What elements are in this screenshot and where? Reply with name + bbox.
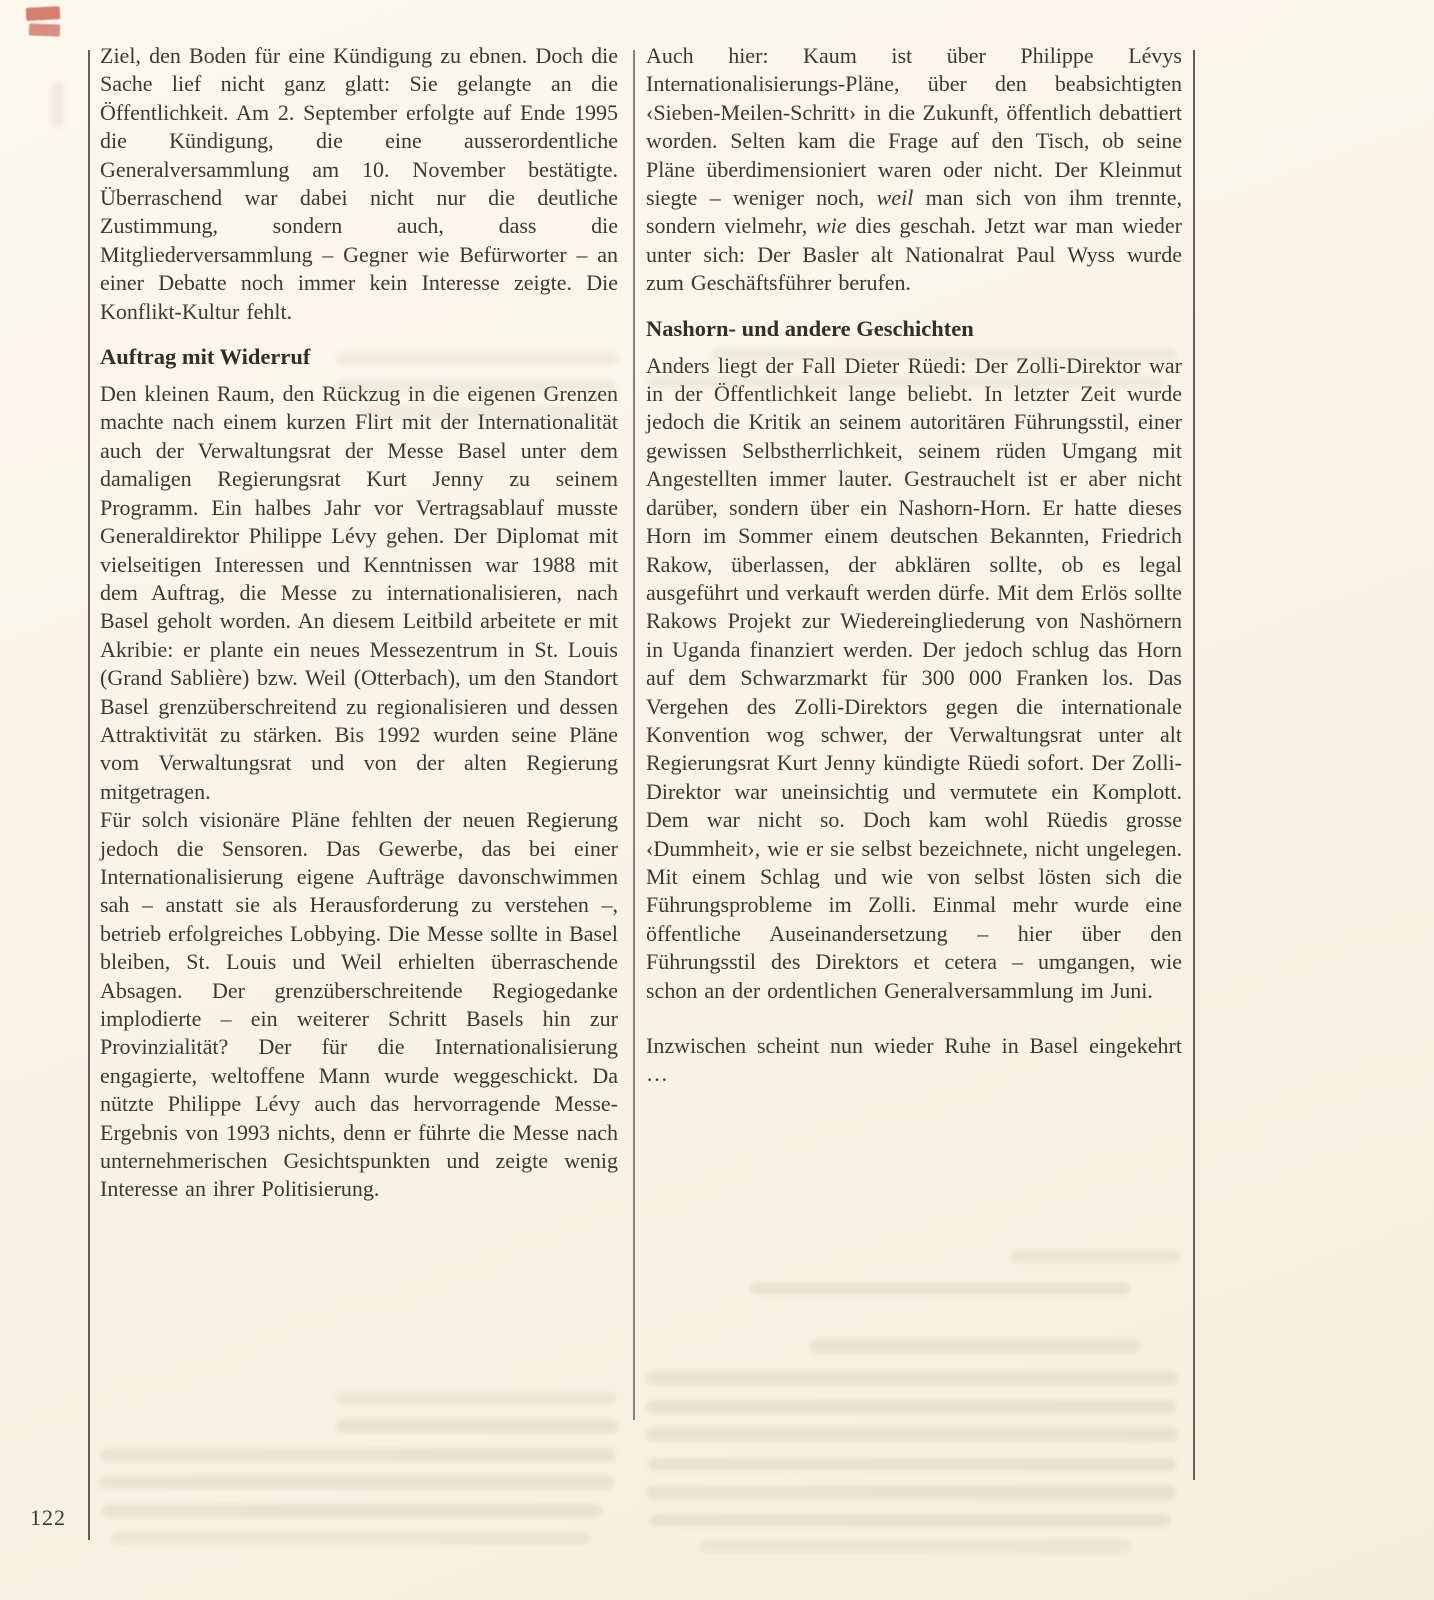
bleed-through-line: [100, 1476, 614, 1489]
bleed-through-line: [336, 1392, 616, 1405]
bleed-through-line: [700, 1540, 1130, 1553]
paragraph: Den kleinen Raum, den Rückzug in die eig…: [100, 380, 618, 806]
bleed-through-line: [646, 1428, 1178, 1441]
page-number: 122: [30, 1505, 66, 1531]
column-divider-rule: [633, 50, 635, 1420]
bleed-through-line: [336, 352, 618, 365]
paragraph: Inzwischen scheint nun wieder Ruhe in Ba…: [646, 1032, 1182, 1089]
text-run-italic: weil: [877, 185, 914, 210]
text-run-italic: wie: [816, 213, 847, 238]
paragraph: Für solch visionäre Pläne fehlten der ne…: [100, 806, 618, 1204]
bleed-through-line: [646, 1486, 1176, 1499]
red-scan-mark: [26, 6, 61, 21]
paragraph: Auch hier: Kaum ist über Philippe Lévys …: [646, 42, 1182, 298]
bleed-through-line: [712, 348, 1178, 361]
section-heading: Nashorn- und andere Geschichten: [646, 315, 1182, 343]
red-scan-mark: [29, 23, 60, 36]
bleed-through-line: [810, 1340, 1140, 1353]
bleed-through-line: [646, 376, 1166, 389]
bleed-through-line: [102, 1504, 602, 1517]
bleed-through-line: [646, 1372, 1178, 1385]
bleed-through-line: [336, 380, 616, 393]
bleed-through-line: [1010, 1250, 1180, 1263]
bleed-through-line: [650, 1514, 1170, 1527]
bleed-through-line: [110, 1532, 590, 1545]
paragraph: Anders liegt der Fall Dieter Rüedi: Der …: [646, 352, 1182, 1005]
bleed-through-line: [360, 406, 600, 419]
bleed-through-line: [750, 1282, 1130, 1295]
scan-smudge: [52, 82, 64, 128]
bleed-through-line: [646, 1400, 1176, 1413]
scanned-page: Ziel, den Boden für eine Kündigung zu eb…: [0, 0, 1434, 1600]
bleed-through-line: [648, 1458, 1176, 1471]
bleed-through-line: [336, 1420, 618, 1433]
column-rule-right: [1193, 50, 1195, 1480]
column-rule-left: [88, 50, 90, 1540]
bleed-through-line: [100, 1448, 616, 1461]
left-column: Ziel, den Boden für eine Kündigung zu eb…: [100, 42, 618, 1204]
right-column: Auch hier: Kaum ist über Philippe Lévys …: [646, 42, 1182, 1089]
paragraph: Ziel, den Boden für eine Kündigung zu eb…: [100, 42, 618, 326]
